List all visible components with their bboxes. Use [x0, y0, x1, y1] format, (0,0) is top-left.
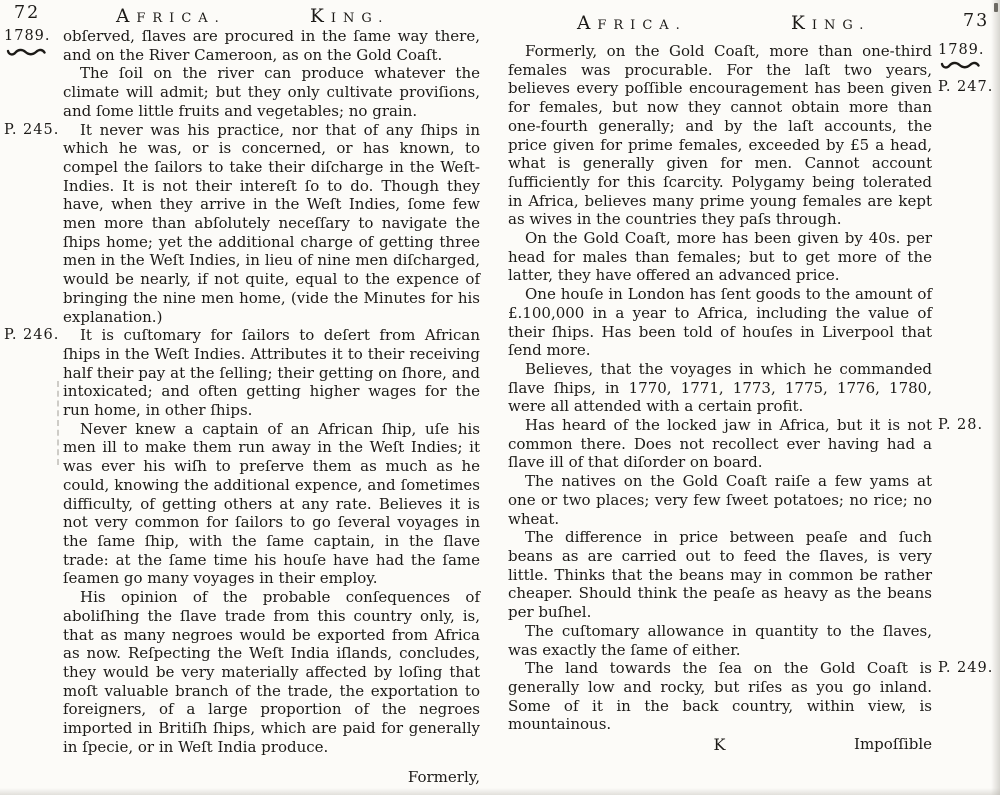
running-head-place-right: AFRICA. [577, 13, 687, 34]
paragraph-block: The ſoil on the river can produce whatev… [63, 64, 480, 120]
page-number-left: 72 [14, 3, 40, 23]
paragraph-block: Never knew a captain of an African ſhip,… [63, 420, 480, 588]
catchword-left-page: Formerly, [63, 768, 480, 786]
book-spread-scan: 72 AFRICA. KING. 1789. obſerved, ſlaves … [0, 0, 1000, 795]
paragraph-block: The cuſtomary allowance in quantity to t… [508, 622, 932, 659]
margin-note-year: 1789. [4, 28, 51, 44]
paragraph-block: P. 245. It never was his practice, nor t… [63, 121, 480, 327]
margin-note-p28: P. 28. [938, 417, 983, 433]
paragraph-block: The natives on the Gold Coaſt raiſe a fe… [508, 472, 932, 528]
paragraph: Formerly, on the Gold Coaſt, more than o… [508, 42, 932, 229]
text-column-left: 1789. obſerved, ſlaves are procured in t… [63, 27, 480, 756]
paragraph-block: Believes, that the voyages in which he c… [508, 360, 932, 416]
catchword-text: Formerly, [408, 768, 480, 786]
paragraph-block: His opinion of the probable conſequences… [63, 588, 480, 756]
paragraph: The ſoil on the river can produce whatev… [63, 64, 480, 120]
paragraph: The difference in price between peaſe an… [508, 528, 932, 622]
scan-edge-right [991, 0, 1000, 795]
paragraph: obſerved, ſlaves are procured in the ſam… [63, 27, 480, 64]
paragraph-block: P. 246. It is cuſtomary for ſailors to d… [63, 326, 480, 420]
paragraph: The land towards the ſea on the Gold Coa… [508, 659, 932, 734]
margin-note-p245: P. 245. [4, 122, 59, 138]
text-column-right: 1789. P. 247. Formerly, on the Gold Coaſ… [508, 42, 932, 734]
paragraph-block: 1789. P. 247. Formerly, on the Gold Coaſ… [508, 42, 932, 229]
running-head-place-left: AFRICA. [116, 6, 226, 27]
paragraph: The cuſtomary allowance in quantity to t… [508, 622, 932, 659]
paragraph-block: The difference in price between peaſe an… [508, 528, 932, 622]
squiggle-icon [940, 59, 980, 70]
paragraph: Believes, that the voyages in which he c… [508, 360, 932, 416]
paragraph: Never knew a captain of an African ſhip,… [63, 420, 480, 588]
paragraph-block: On the Gold Coaſt, more has been given b… [508, 229, 932, 285]
margin-note-p246: P. 246. [4, 327, 59, 343]
paragraph: It is cuſtomary for ſailors to deſert fr… [63, 326, 480, 420]
paragraph-block: One houſe in London has ſent goods to th… [508, 285, 932, 360]
paragraph-block: P. 249. The land towards the ſea on the … [508, 659, 932, 734]
margin-note-p247: P. 247. [938, 79, 993, 95]
running-head-witness-right: KING. [791, 13, 870, 34]
margin-note-year: 1789. [938, 42, 985, 58]
paragraph: It never was his practice, nor that of a… [63, 121, 480, 327]
squiggle-icon [6, 46, 46, 57]
margin-note-p249: P. 249. [938, 660, 993, 676]
paragraph: On the Gold Coaſt, more has been given b… [508, 229, 932, 285]
paragraph-block: 1789. obſerved, ſlaves are procured in t… [63, 27, 480, 64]
page-number-right: 73 [963, 11, 989, 31]
paragraph: Has heard of the locked jaw in Africa, b… [508, 416, 932, 472]
paragraph: One houſe in London has ſent goods to th… [508, 285, 932, 360]
paragraph: The natives on the Gold Coaſt raiſe a fe… [508, 472, 932, 528]
scan-artifact-line [57, 381, 59, 465]
paragraph-block: P. 28. Has heard of the locked jaw in Af… [508, 416, 932, 472]
catchword-right-page: Impoſſible [854, 735, 932, 753]
running-head-witness-left: KING. [310, 6, 389, 27]
paragraph: His opinion of the probable conſequences… [63, 588, 480, 756]
scan-speck [994, 3, 998, 12]
signature-catchword-line: K Impoſſible [508, 735, 932, 757]
scan-edge-bottom [0, 788, 1000, 795]
